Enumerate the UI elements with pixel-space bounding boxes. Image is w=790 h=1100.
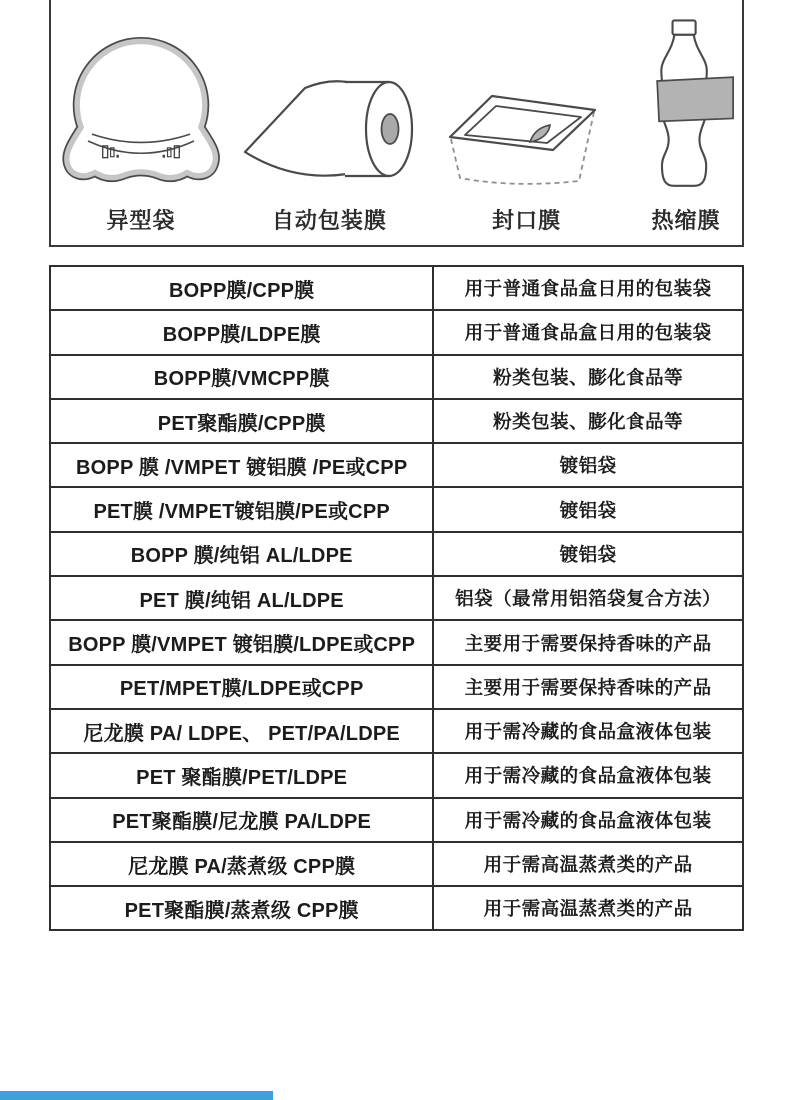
- figure-label-sealing-film: 封口膜: [492, 204, 561, 235]
- table-row: PET膜 /VMPET镀铝膜/PE或CPP 镀铝袋: [50, 487, 743, 531]
- material-cell: BOPP膜/CPP膜: [50, 266, 433, 310]
- material-cell: BOPP膜/LDPE膜: [50, 310, 433, 354]
- table-row: 尼龙膜 PA/ LDPE、 PET/PA/LDPE 用于需冷藏的食品盒液体包装: [50, 709, 743, 753]
- figure-film-roll: 自动包装膜: [241, 8, 417, 235]
- material-cell: 尼龙膜 PA/蒸煮级 CPP膜: [50, 842, 433, 886]
- usage-cell: 镀铝袋: [433, 532, 743, 576]
- table-row: BOPP 膜/VMPET 镀铝膜/LDPE或CPP 主要用于需要保持香味的产品: [50, 620, 743, 664]
- bottom-accent-bar: [0, 1091, 273, 1100]
- usage-cell: 用于需高温蒸煮类的产品: [433, 842, 743, 886]
- figure-sealing-film: 封口膜: [434, 8, 620, 235]
- table-row: 尼龙膜 PA/蒸煮级 CPP膜 用于需高温蒸煮类的产品: [50, 842, 743, 886]
- material-cell: BOPP 膜 /VMPET 镀铝膜 /PE或CPP: [50, 443, 433, 487]
- material-cell: BOPP 膜/VMPET 镀铝膜/LDPE或CPP: [50, 620, 433, 664]
- usage-cell: 镀铝袋: [433, 487, 743, 531]
- product-types-panel: 异型袋 自动包装膜 封口膜: [49, 0, 744, 247]
- table-row: PET 聚酯膜/PET/LDPE 用于需冷藏的食品盒液体包装: [50, 753, 743, 797]
- table-row: BOPP膜/CPP膜 用于普通食品盒日用的包装袋: [50, 266, 743, 310]
- usage-cell: 用于普通食品盒日用的包装袋: [433, 310, 743, 354]
- table-row: PET聚酯膜/CPP膜 粉类包装、膨化食品等: [50, 399, 743, 443]
- usage-cell: 粉类包装、膨化食品等: [433, 399, 743, 443]
- material-cell: BOPP 膜/纯铝 AL/LDPE: [50, 532, 433, 576]
- table-row: PET/MPET膜/LDPE或CPP 主要用于需要保持香味的产品: [50, 665, 743, 709]
- usage-cell: 粉类包装、膨化食品等: [433, 355, 743, 399]
- table-row: BOPP 膜/纯铝 AL/LDPE 镀铝袋: [50, 532, 743, 576]
- figure-shrink-film: 热缩膜: [636, 8, 736, 235]
- figure-label-shrink-film: 热缩膜: [651, 204, 720, 235]
- usage-cell: 镀铝袋: [433, 443, 743, 487]
- material-cell: PET聚酯膜/蒸煮级 CPP膜: [50, 886, 433, 930]
- material-cell: 尼龙膜 PA/ LDPE、 PET/PA/LDPE: [50, 709, 433, 753]
- figure-shaped-bag: 异型袋: [57, 8, 225, 235]
- usage-cell: 用于需冷藏的食品盒液体包装: [433, 753, 743, 797]
- material-cell: PET膜 /VMPET镀铝膜/PE或CPP: [50, 487, 433, 531]
- table-row: BOPP膜/LDPE膜 用于普通食品盒日用的包装袋: [50, 310, 743, 354]
- material-cell: PET 膜/纯铝 AL/LDPE: [50, 576, 433, 620]
- usage-cell: 用于需冷藏的食品盒液体包装: [433, 798, 743, 842]
- shrink-film-bottle-icon: [636, 8, 736, 194]
- table-row: BOPP 膜 /VMPET 镀铝膜 /PE或CPP 镀铝袋: [50, 443, 743, 487]
- table-row: PET聚酯膜/蒸煮级 CPP膜 用于需高温蒸煮类的产品: [50, 886, 743, 930]
- material-cell: BOPP膜/VMCPP膜: [50, 355, 433, 399]
- figure-label-film-roll: 自动包装膜: [272, 204, 387, 235]
- figure-label-shaped-bag: 异型袋: [106, 204, 175, 235]
- material-cell: PET 聚酯膜/PET/LDPE: [50, 753, 433, 797]
- sealing-film-icon: [434, 8, 620, 194]
- usage-cell: 用于需高温蒸煮类的产品: [433, 886, 743, 930]
- usage-cell: 用于普通食品盒日用的包装袋: [433, 266, 743, 310]
- table-row: PET聚酯膜/尼龙膜 PA/LDPE 用于需冷藏的食品盒液体包装: [50, 798, 743, 842]
- usage-cell: 用于需冷藏的食品盒液体包装: [433, 709, 743, 753]
- shaped-bag-icon: [57, 8, 225, 194]
- usage-cell: 主要用于需要保持香味的产品: [433, 620, 743, 664]
- film-roll-icon: [241, 8, 417, 194]
- material-cell: PET聚酯膜/CPP膜: [50, 399, 433, 443]
- materials-table: BOPP膜/CPP膜 用于普通食品盒日用的包装袋 BOPP膜/LDPE膜 用于普…: [49, 265, 744, 931]
- table-row: BOPP膜/VMCPP膜 粉类包装、膨化食品等: [50, 355, 743, 399]
- material-cell: PET聚酯膜/尼龙膜 PA/LDPE: [50, 798, 433, 842]
- table-row: PET 膜/纯铝 AL/LDPE 铝袋（最常用铝箔袋复合方法）: [50, 576, 743, 620]
- usage-cell: 主要用于需要保持香味的产品: [433, 665, 743, 709]
- materials-table-body: BOPP膜/CPP膜 用于普通食品盒日用的包装袋 BOPP膜/LDPE膜 用于普…: [50, 266, 743, 930]
- usage-cell: 铝袋（最常用铝箔袋复合方法）: [433, 576, 743, 620]
- material-cell: PET/MPET膜/LDPE或CPP: [50, 665, 433, 709]
